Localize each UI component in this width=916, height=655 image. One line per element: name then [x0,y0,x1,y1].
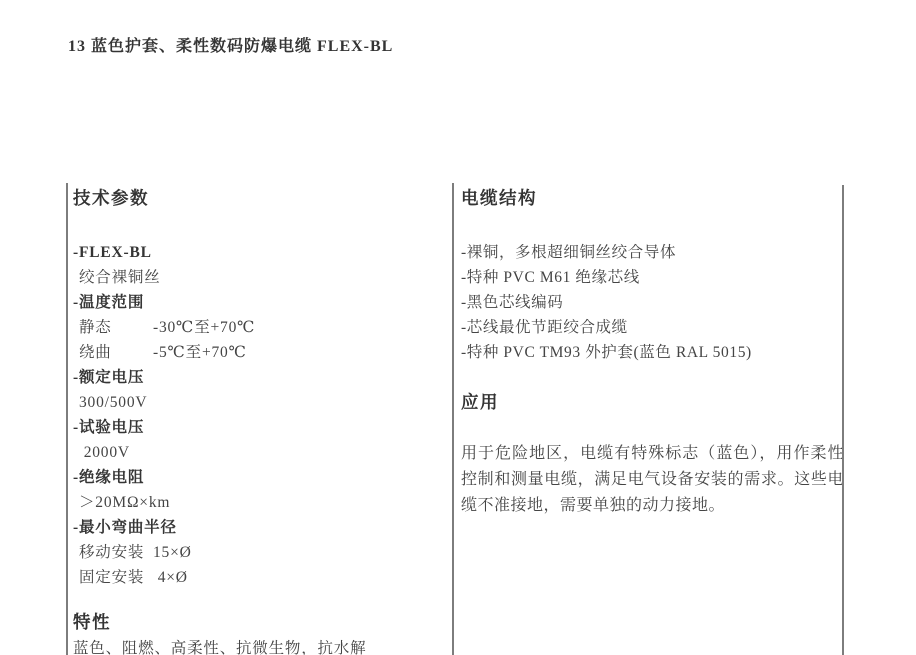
page-title: 13 蓝色护套、柔性数码防爆电缆 FLEX-BL [68,33,393,56]
features-header: 特性 [73,607,448,633]
structure-item: -特种 PVC M61 绝缘芯线 [461,265,842,290]
spec-name: -FLEX-BL [73,240,448,265]
row-value: 4×Ø [153,565,188,590]
cable-structure-section: 电缆结构 -裸铜，多根超细铜丝绞合导体 -特种 PVC M61 绝缘芯线 -黑色… [452,183,842,655]
row-value: -5℃至+70℃ [153,340,247,365]
application-header: 应用 [461,387,842,413]
spec-value: ＞20MΩ×km [73,490,448,515]
row-label: 静态 [79,315,153,340]
spec-insulation-resistance: -绝缘电阻 ＞20MΩ×km [73,465,448,515]
spec-test-voltage: -试验电压 2000V [73,415,448,465]
structure-item: -黑色芯线编码 [461,290,842,315]
structure-item: -特种 PVC TM93 外护套(蓝色 RAL 5015) [461,340,842,365]
spec-rated-voltage: -额定电压 300/500V [73,365,448,415]
spec-name: -试验电压 [73,415,448,440]
spec-value: 300/500V [73,390,448,415]
spec-row-fixed-install: 固定安装 4×Ø [73,565,448,590]
technical-parameters-header: 技术参数 [73,183,448,209]
row-label: 移动安装 [79,540,153,565]
row-value: -30℃至+70℃ [153,315,255,340]
cable-structure-header: 电缆结构 [461,183,842,209]
spec-temperature-range: -温度范围 静态 -30℃至+70℃ 绕曲 -5℃至+70℃ [73,290,448,365]
row-value: 15×Ø [153,540,192,565]
spec-name: -额定电压 [73,365,448,390]
technical-parameters-section: 技术参数 -FLEX-BL 绞合裸铜丝 -温度范围 静态 -30℃至+70℃ 绕… [66,183,448,655]
structure-item: -裸铜，多根超细铜丝绞合导体 [461,240,842,265]
spec-flex-bl: -FLEX-BL 绞合裸铜丝 [73,240,448,290]
page-rule-right [842,185,844,655]
features-text: 蓝色、阻燃、高柔性、抗微生物，抗水解 [73,636,448,655]
spec-name: -绝缘电阻 [73,465,448,490]
spec-name: -温度范围 [73,290,448,315]
row-label: 固定安装 [79,565,153,590]
spec-value: 绞合裸铜丝 [73,265,448,290]
structure-item: -芯线最优节距绞合成缆 [461,315,842,340]
spec-row-mobile-install: 移动安装 15×Ø [73,540,448,565]
spec-value: 2000V [73,440,448,465]
structure-list: -裸铜，多根超细铜丝绞合导体 -特种 PVC M61 绝缘芯线 -黑色芯线编码 … [461,240,842,365]
datasheet-page: { "page": { "title": "13 蓝色护套、柔性数码防爆电缆 F… [0,0,916,655]
row-label: 绕曲 [79,340,153,365]
spec-name: -最小弯曲半径 [73,515,448,540]
spec-row-flexed: 绕曲 -5℃至+70℃ [73,340,448,365]
spec-row-static: 静态 -30℃至+70℃ [73,315,448,340]
spec-min-bend-radius: -最小弯曲半径 移动安装 15×Ø 固定安装 4×Ø [73,515,448,590]
application-text: 用于危险地区，电缆有特殊标志（蓝色），用作柔性控制和测量电缆，满足电气设备安装的… [461,441,844,519]
